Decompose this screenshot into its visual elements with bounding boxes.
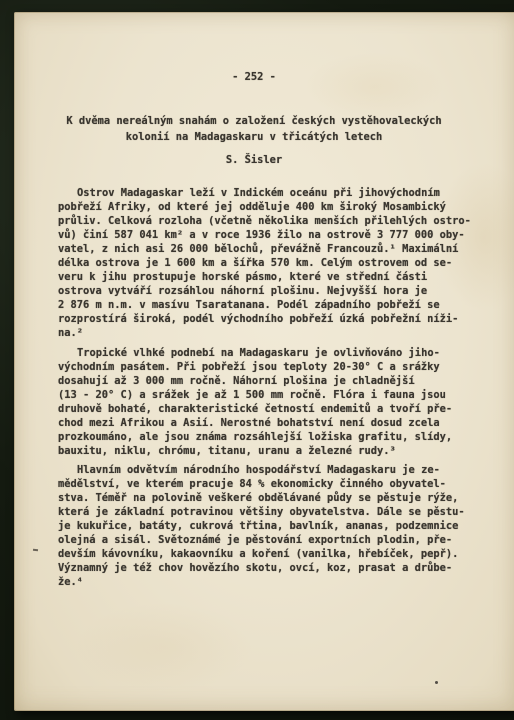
paper-stain [74, 602, 254, 692]
text-line: vů) činí 587 041 km² a v roce 1936 žilo … [58, 228, 478, 242]
paper-speck [435, 681, 438, 684]
text-line: ostrova vytváří rozsáhlou náhorní plošin… [58, 284, 478, 298]
text-line: pobřeží Afriky, od které jej odděluje 40… [58, 200, 478, 214]
text-line: bauxitu, niklu, chrómu, titanu, uranu a … [58, 444, 478, 458]
text-line: prozkoumáno, ale jsou známa rozsáhlejší … [58, 430, 478, 444]
document-title-line-2: kolonií na Madagaskaru v třicátých letec… [14, 131, 494, 143]
text-line: devším kávovníku, kakaovníku a koření (v… [58, 547, 478, 561]
text-line: veru k jihu prostupuje horské pásmo, kte… [58, 270, 478, 284]
text-line: že.⁴ [58, 575, 478, 589]
paper-stain [304, 52, 444, 122]
text-line: druhově bohaté, charakteristické četnost… [58, 402, 478, 416]
text-line: rozprostírá široká, podél východního pob… [58, 312, 478, 326]
text-line: (13 - 20° C) a srážek je až 1 500 mm roč… [58, 388, 478, 402]
author-name: S. Šisler [14, 154, 494, 166]
text-line: Ostrov Madagaskar leží v Indickém oceánu… [58, 186, 478, 200]
text-line: chod mezi Afrikou a Asií. Nerostné bohat… [58, 416, 478, 430]
text-line: na.² [58, 326, 478, 340]
photo-background: - 252 - K dvěma nereálným snahám o založ… [0, 0, 514, 720]
text-line: mědělství, ve kterém pracuje 84 % ekonom… [58, 477, 478, 491]
text-line: délka ostrova je 1 600 km a šířka 570 km… [58, 256, 478, 270]
text-line: Významný je též chov hovězího skotu, ovc… [58, 561, 478, 575]
text-line: Hlavním odvětvím národního hospodářství … [58, 463, 478, 477]
text-line: průliv. Celková rozloha (včetně několika… [58, 214, 478, 228]
text-line: východním pasátem. Při pobřeží jsou tepl… [58, 360, 478, 374]
page-number: - 252 - [14, 71, 494, 83]
text-line: stva. Téměř na polovině veškeré obděláva… [58, 491, 478, 505]
margin-mark [33, 549, 38, 552]
text-line: dosahují až 3 000 mm ročně. Náhorní ploš… [58, 374, 478, 388]
document-page: - 252 - K dvěma nereálným snahám o založ… [14, 12, 514, 711]
paragraph: Hlavním odvětvím národního hospodářství … [58, 463, 478, 589]
paragraph: Ostrov Madagaskar leží v Indickém oceánu… [58, 186, 478, 340]
text-line: Tropické vlhké podnebí na Madagaskaru je… [58, 346, 478, 360]
text-line: je kukuřice, batáty, cukrová třtina, bav… [58, 519, 478, 533]
document-body: Ostrov Madagaskar leží v Indickém oceánu… [58, 186, 478, 589]
text-line: olejná a sisál. Světoznámé je pěstování … [58, 533, 478, 547]
text-line: vatel, z nich asi 26 000 bělochů, převáž… [58, 242, 478, 256]
document-title-line-1: K dvěma nereálným snahám o založení česk… [14, 115, 494, 127]
text-line: která je základní potravinou většiny oby… [58, 505, 478, 519]
paragraph: Tropické vlhké podnebí na Madagaskaru je… [58, 346, 478, 458]
text-line: 2 876 m n.m. v masívu Tsaratanana. Podél… [58, 298, 478, 312]
